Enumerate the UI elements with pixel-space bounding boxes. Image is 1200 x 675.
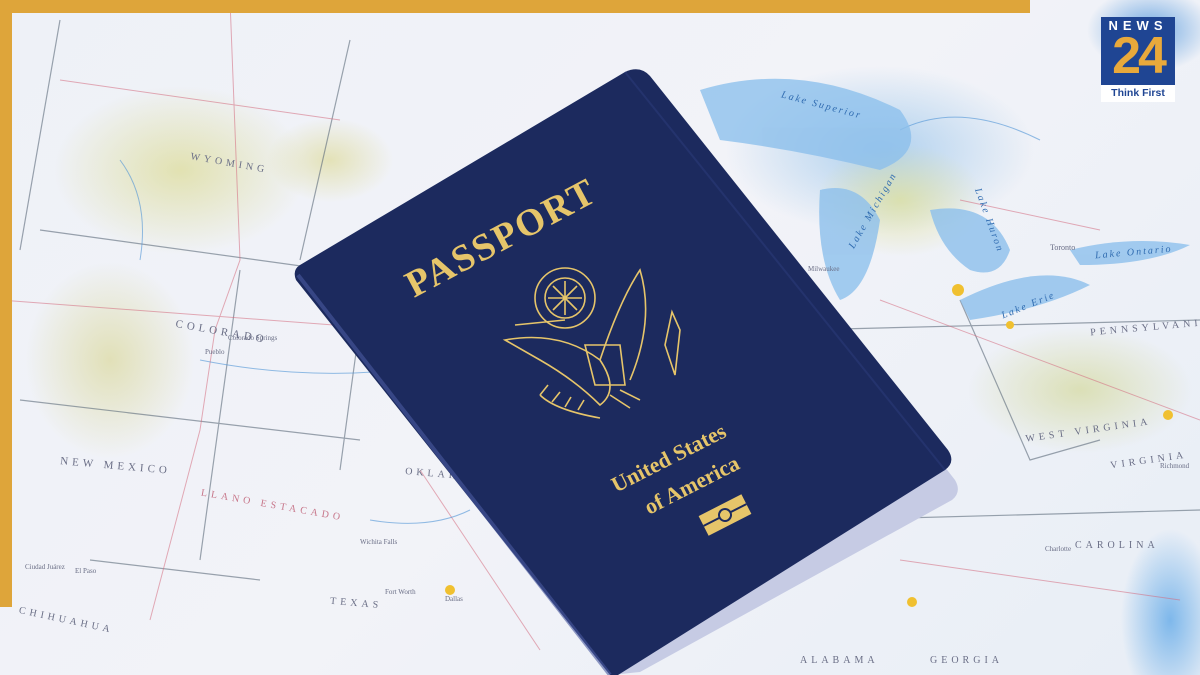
logo-brand-number: 24 (1101, 27, 1175, 85)
passport: PASSPORT United States of America (0, 0, 1200, 675)
photo: WYOMING COLORADO NEW MEXICO OKLAHOMA TEX… (0, 0, 1200, 675)
frame-border-top (0, 0, 1030, 13)
passport-shape (0, 0, 1200, 675)
news24-logo[interactable]: NEWS 24 Think First (1101, 17, 1175, 102)
logo-tagline: Think First (1101, 85, 1175, 102)
frame-border-left (0, 0, 12, 607)
